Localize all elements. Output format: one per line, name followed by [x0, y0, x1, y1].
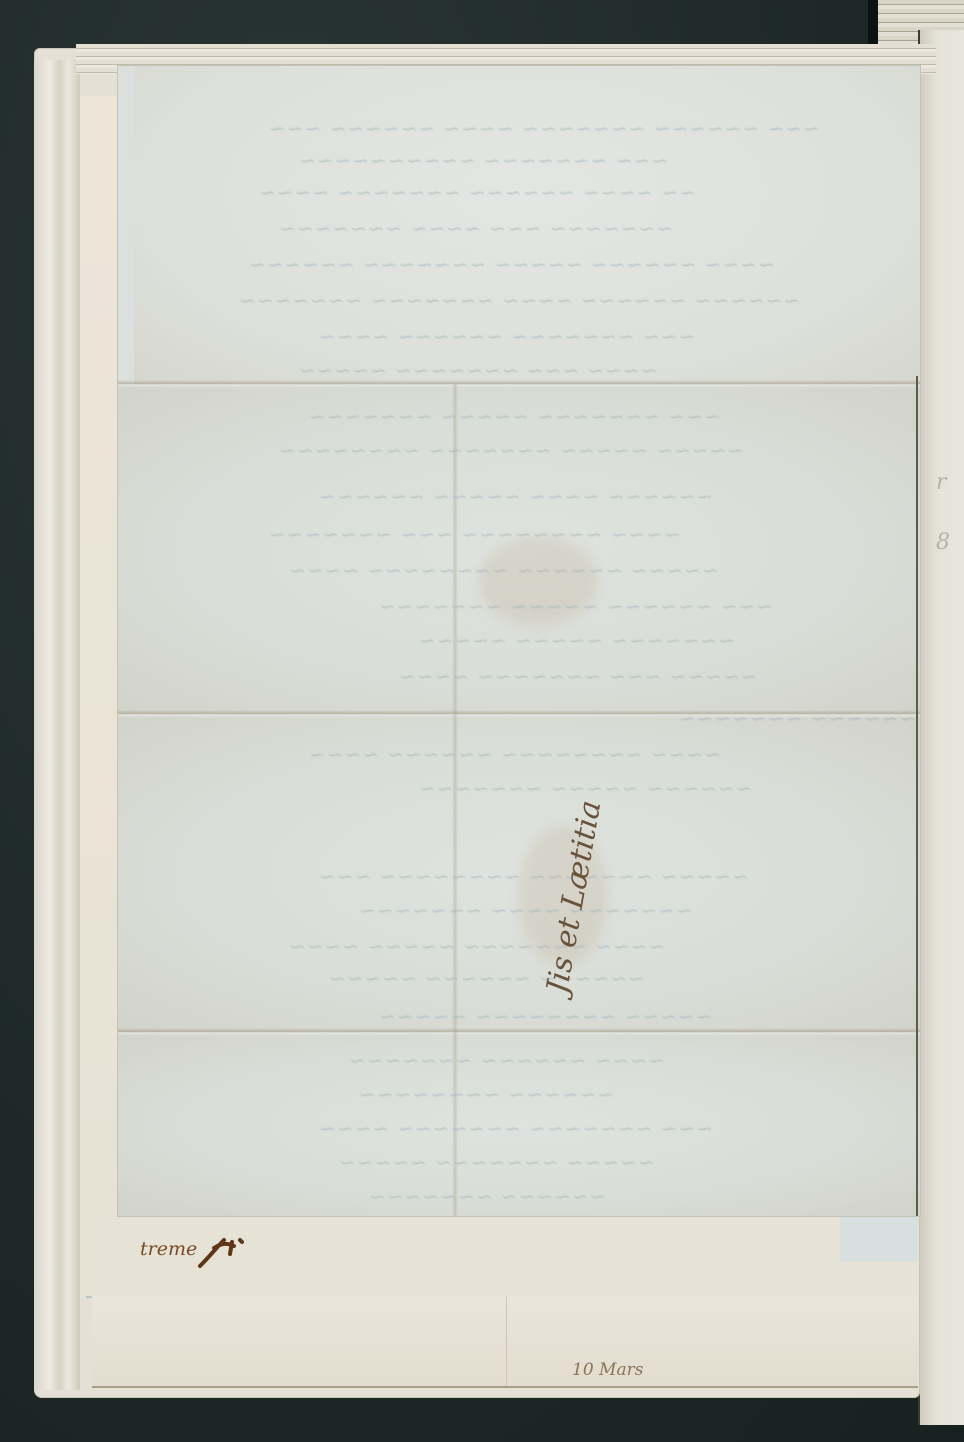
bleed-through-line: ~~~~~~ ~~~~~~ ~~~~~ — [328, 966, 645, 990]
bleed-through-line: ~~~~~ ~~~ ~~~~~~~ ~~~~ — [398, 664, 757, 688]
letter-right-edge — [916, 376, 918, 1216]
bleed-through-line: ~~~~~ ~~~~~~~~ ~~~~~ — [378, 1004, 712, 1028]
bleed-through-line: ~~~ ~~~~~~~ ~~~~~~~~~~ — [298, 148, 668, 172]
fold-crease-horizontal — [118, 1028, 920, 1036]
bleed-through-line: ~~~~ ~~~~~~ ~~~~~ ~~~~~~~ ~~~~~~ — [248, 252, 775, 276]
bottom-sheet-lower — [92, 1296, 918, 1388]
bleed-through-line: ~~~ ~~~~~~ ~~~~~~~ ~~~~ ~~~~~~ ~~~ — [268, 116, 820, 140]
bleed-through-line: ~~~~ ~~~~~~ ~~~~~~~ — [348, 1048, 665, 1072]
bleed-through-line: ~~~~~ ~~~~~~~ ~~~~~ — [338, 1150, 655, 1174]
paper-repair-tab — [840, 1216, 918, 1262]
bleed-through-line: ~~~~~ ~~~~~~ ~~~~~~~~ ~~~~ — [288, 558, 719, 582]
bleed-through-line: ~~~~~~~ ~~~~ ~~~~~~~ — [358, 898, 692, 922]
folded-letter: ~~~ ~~~~~~ ~~~~~~~ ~~~~ ~~~~~~ ~~~ ~~~ ~… — [118, 66, 920, 1216]
adjacent-page-script: r — [936, 470, 964, 495]
bleed-through-line: ~~~~ ~~~~~~~~ ~~~ ~~~~~~~ — [268, 522, 681, 546]
bleed-through-line: ~~~ ~~~~~~~ ~~~~~ ~~~~~~~ — [308, 404, 721, 428]
bleed-through-line: ~~~~~~ ~~~~~~~ — [368, 1184, 606, 1208]
annotation-date: 10 Mars — [572, 1360, 643, 1380]
bleed-through-line: ~~~~~~~ ~~~ ~~~~ ~~~~~~~ — [278, 216, 673, 240]
bleed-through-line: ~~~~~~ ~~~~~~~ — [678, 706, 916, 730]
bleed-through-line: ~~~~~~ ~~~~~~~~ — [358, 1082, 614, 1106]
adjacent-page — [918, 30, 964, 1425]
bleed-through-line: ~~~~~~ ~~~~ ~~~~~ ~~~~~~ — [318, 484, 713, 508]
bleed-through-line: ~~~~~~ ~~~~~ ~~~~~~~ — [418, 776, 752, 800]
adjacent-page-script: 8 — [936, 530, 964, 555]
bleed-through-line: ~~~~~ ~~~~~~~ ~~~~~~~~ ~~~ — [318, 864, 749, 888]
folio-stack-left-edge — [34, 60, 80, 1390]
bleed-through-line: ~~~ ~~~~~~~ ~~~~~~ ~~~~ — [318, 324, 695, 348]
ink-flourish-icon — [196, 1232, 246, 1270]
bleed-through-line: ~~~~~ ~~~~~ ~~~~~~~ ~~~~~~~~ — [278, 438, 744, 462]
bleed-through-line: ~~~~ ~~~ ~~~~~~~ ~~~~~ — [298, 358, 657, 382]
bleed-through-line: ~~~~ ~~~~~~~~ ~~~~~~ ~~~~ — [308, 742, 721, 766]
bleed-through-line: ~~~~~~~ ~~~~~ ~~~~~ — [418, 628, 735, 652]
annotation-treme: treme — [140, 1238, 197, 1260]
bleed-through-line: ~~~ ~~~~~~~ ~~~~~~~ ~~~~ — [318, 1116, 713, 1140]
bleed-through-line: ~~~~ ~~~~~~~ ~~~~~ ~~~~ — [288, 934, 665, 958]
bleed-through-line: ~~~~~~ ~~~~~~ ~~~~ ~~~~~~~ ~~~~~~~ — [238, 288, 800, 312]
bleed-through-line: ~~ ~~~~ ~~~~~~ ~~~~~~~ ~~~~ — [258, 180, 696, 204]
bleed-through-line: ~~~ ~~~~~~ ~~~~~ ~~~~~~~ — [378, 594, 773, 618]
